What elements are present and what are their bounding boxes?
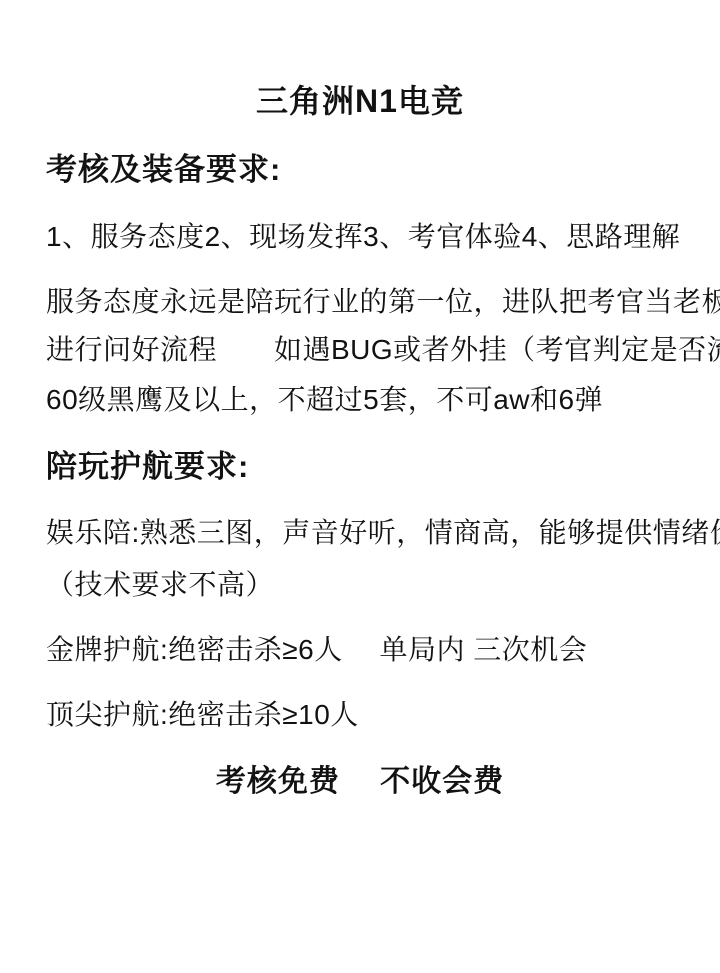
section-heading-escort-requirements: 陪玩护航要求:: [46, 451, 249, 482]
body-line-skill-note: （技术要求不高）: [46, 571, 274, 599]
body-line-gold-escort: 金牌护航:绝密击杀≥6人 单局内 三次机会: [46, 636, 587, 664]
body-line-greeting-bug-rule: 进行问好流程 如遇BUG或者外挂（考官判定是否流局）: [46, 336, 720, 364]
body-line-equipment-rule: 60级黑鹰及以上，不超过5套，不可aw和6弹: [46, 386, 603, 414]
body-line-top-escort: 顶尖护航:绝密击杀≥10人: [46, 701, 359, 729]
page-title: 三角洲N1电竞: [0, 85, 720, 117]
assessment-criteria-line: 1、服务态度2、现场发挥3、考官体验4、思路理解: [46, 223, 680, 251]
section-heading-assessment-equipment: 考核及装备要求:: [46, 154, 281, 185]
body-line-service-attitude: 服务态度永远是陪玩行业的第一位，进队把考官当老板，: [46, 288, 720, 316]
footer-note: 考核免费 不收会费: [0, 767, 720, 797]
body-line-entertainment-escort: 娱乐陪:熟悉三图，声音好听，情商高，能够提供情绪价值: [46, 519, 720, 547]
notice-page: 三角洲N1电竞 考核及装备要求: 1、服务态度2、现场发挥3、考官体验4、思路理…: [0, 0, 720, 973]
